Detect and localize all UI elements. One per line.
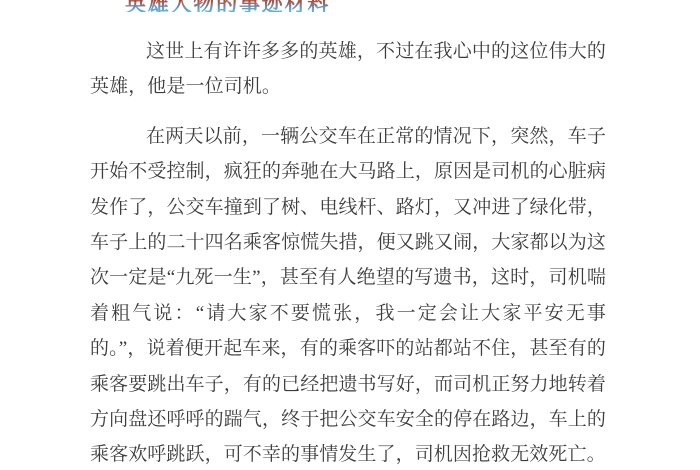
title-row: 英雄人物的事迹材料 [90, 0, 606, 12]
page-title: 英雄人物的事迹材料 [125, 0, 330, 12]
document-page: 英雄人物的事迹材料 这世上有许许多多的英雄，不过在我心中的这位伟大的英雄，他是一… [0, 0, 700, 470]
paragraph-intro: 这世上有许许多多的英雄，不过在我心中的这位伟大的英雄，他是一位司机。 [90, 34, 606, 105]
paragraph-story: 在两天以前，一辆公交车在正常的情况下，突然，车子开始不受控制，疯狂的奔驰在大马路… [90, 119, 606, 470]
document-content: 英雄人物的事迹材料 这世上有许许多多的英雄，不过在我心中的这位伟大的英雄，他是一… [90, 0, 606, 470]
